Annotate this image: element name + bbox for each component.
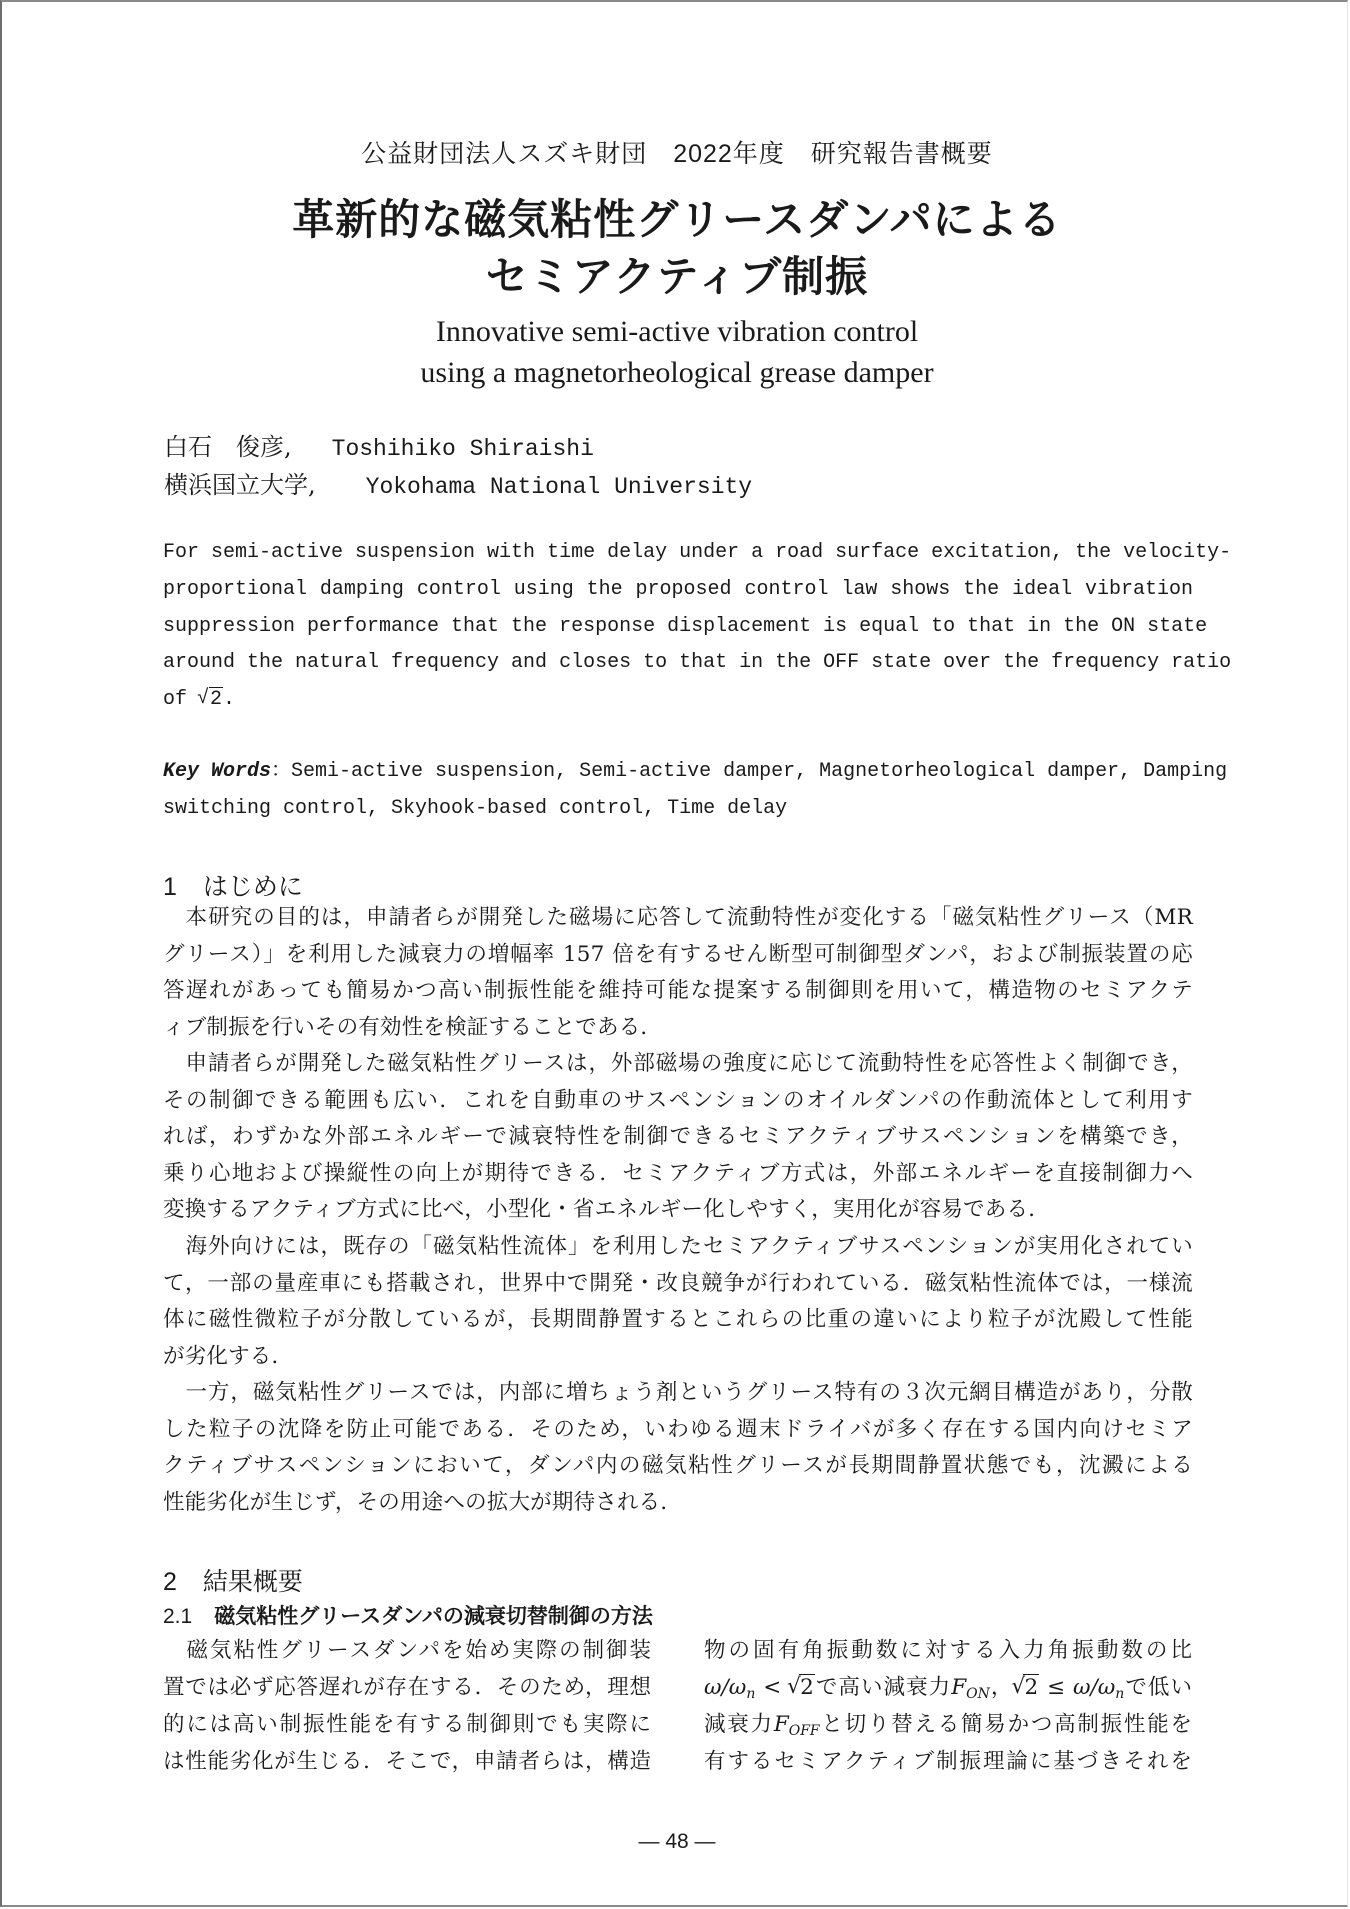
math-subscript: n xyxy=(1115,1686,1124,1702)
section-heading-1: 1はじめに xyxy=(163,867,303,903)
title-japanese-line-1: 革新的な磁気粘性グリースダンパによる xyxy=(2,187,1350,247)
paragraph-line: れば，わずかな外部エネルギーで減衰特性を制御できるセミアクティブサスペンションを… xyxy=(163,1119,1193,1156)
keywords-label: Key Words xyxy=(163,760,271,783)
column-text: 減衰力 xyxy=(704,1712,774,1737)
section-number: 2 xyxy=(163,1568,177,1596)
math-force: F xyxy=(951,1675,966,1700)
affiliation-line: 横浜国立大学, Yokohama National University xyxy=(164,465,752,500)
column-text: ， xyxy=(990,1675,1014,1700)
subsection-title: 磁気粘性グリースダンパの減衰切替制御の方法 xyxy=(214,1605,653,1628)
paragraph: 海外向けには，既存の「磁気粘性流体」を利用したセミアクティブサスペンションが実用… xyxy=(163,1229,1193,1375)
paragraph-line: 性能劣化が生じず，その用途への拡大が期待される． xyxy=(163,1485,1193,1522)
column-text: で低い xyxy=(1124,1675,1192,1700)
paragraph-line: 変換するアクティブ方式に比べ，小型化・省エネルギー化しやすく，実用化が容易である… xyxy=(163,1192,1193,1229)
report-header: 公益財団法人スズキ財団 2022年度 研究報告書概要 xyxy=(2,134,1350,170)
section-title: はじめに xyxy=(203,873,303,901)
subsection-number: 2.1 xyxy=(163,1605,192,1628)
column-line: 物の固有角振動数に対する入力角振動数の比 xyxy=(704,1632,1192,1669)
math-subscript: ON xyxy=(966,1686,990,1702)
paragraph-line: 申請者らが開発した磁気粘性グリースは，外部磁場の強度に応じて流動特性を応答性よく… xyxy=(163,1046,1193,1083)
keywords-line: Key Words：Semi-active suspension, Semi-a… xyxy=(163,754,1193,791)
paragraph: 本研究の目的は，申請者らが開発した磁場に応答して流動特性が変化する「磁気粘性グリ… xyxy=(163,900,1193,1046)
paragraph-line: が劣化する． xyxy=(163,1339,1193,1376)
sqrt-value: 2 xyxy=(209,687,223,711)
column-line: 磁気粘性グリースダンパを始め実際の制御装 xyxy=(163,1632,651,1669)
paragraph-line: 答遅れがあっても簡易かつ高い制振性能を維持可能な提案する制御則を用いて，構造物の… xyxy=(163,973,1193,1010)
paragraph-line: した粒子の沈降を防止可能である．そのため，いわゆる週末ドライバが多く存在する国内… xyxy=(163,1412,1193,1449)
paragraph-line: 海外向けには，既存の「磁気粘性流体」を利用したセミアクティブサスペンションが実用… xyxy=(163,1229,1193,1266)
column-line-math: ω/ωn < 2で高い減衰力FON，2 ≤ ω/ωnで低い xyxy=(704,1669,1192,1706)
paragraph-line: ィブ制振を行いその有効性を検証することである． xyxy=(163,1010,1193,1047)
math-ratio: ω/ω xyxy=(704,1675,746,1700)
math-subscript: OFF xyxy=(789,1723,820,1739)
section-heading-2: 2結果概要 xyxy=(163,1562,303,1598)
keywords: Key Words：Semi-active suspension, Semi-a… xyxy=(163,754,1193,827)
paragraph-line: 一方，磁気粘性グリースでは，内部に増ちょう剤というグリース特有の３次元網目構造が… xyxy=(163,1375,1193,1412)
math-operator: < xyxy=(755,1675,789,1700)
paragraph-line: て，一部の量産車にも搭載され，世界中で開発・改良競争が行われている．磁気粘性流体… xyxy=(163,1266,1193,1303)
math-operator: ≤ xyxy=(1039,1675,1073,1700)
paragraph-line: その制御できる範囲も広い．これを自動車のサスペンションのオイルダンパの作動流体と… xyxy=(163,1083,1193,1120)
paragraph-line: 本研究の目的は，申請者らが開発した磁場に応答して流動特性が変化する「磁気粘性グリ… xyxy=(163,900,1193,937)
sqrt-symbol: 2 xyxy=(199,682,223,719)
section-title: 結果概要 xyxy=(203,1568,303,1596)
column-line: 有するセミアクティブ制振理論に基づきそれを xyxy=(704,1743,1192,1780)
column-text: で高い減衰力 xyxy=(815,1675,951,1700)
abstract-line: proportional damping control using the p… xyxy=(163,572,1193,609)
sqrt-value: 2 xyxy=(1023,1674,1039,1700)
right-column: 物の固有角振動数に対する入力角振動数の比 ω/ωn < 2で高い減衰力FON，2… xyxy=(704,1632,1192,1780)
abstract-line: around the natural frequency and closes … xyxy=(163,645,1193,682)
math-subscript: n xyxy=(746,1686,755,1702)
title-japanese-line-2: セミアクティブ制振 xyxy=(2,244,1350,304)
affiliation-name-ja: 横浜国立大学, xyxy=(164,471,316,499)
abstract: For semi-active suspension with time del… xyxy=(163,535,1193,719)
section-number: 1 xyxy=(163,873,177,901)
paragraph-line: 乗り心地および操縦性の向上が期待できる．セミアクティブ方式は，外部エネルギーを直… xyxy=(163,1156,1193,1193)
left-column: 磁気粘性グリースダンパを始め実際の制御装 置では必ず応答遅れが存在する．そのため… xyxy=(163,1632,651,1780)
paragraph-line: グリース）」を利用した減衰力の増幅率 157 倍を有するせん断型可制御型ダンパ，… xyxy=(163,937,1193,974)
paragraph-line: 体に磁性微粒子が分散しているが，長期間静置するとこれらの比重の違いにより粒子が沈… xyxy=(163,1302,1193,1339)
subsection-heading-2-1: 2.1磁気粘性グリースダンパの減衰切替制御の方法 xyxy=(163,1600,653,1630)
paragraph: 申請者らが開発した磁気粘性グリースは，外部磁場の強度に応じて流動特性を応答性よく… xyxy=(163,1046,1193,1229)
title-english-line-1: Innovative semi-active vibration control xyxy=(2,315,1350,349)
title-english-line-2: using a magnetorheological grease damper xyxy=(2,356,1350,390)
math-force: F xyxy=(774,1712,789,1737)
abstract-line: of 2. xyxy=(163,682,1193,719)
page-number: ― 48 ― xyxy=(2,1830,1350,1854)
paragraph-line: クティブサスペンションにおいて，ダンパ内の磁気粘性グリースが長期間静置状態でも，… xyxy=(163,1448,1193,1485)
author-name-en: Toshihiko Shiraishi xyxy=(332,436,594,462)
column-line: 的には高い制振性能を有する制御則でも実際に xyxy=(163,1706,651,1743)
abstract-line: suppression performance that the respons… xyxy=(163,609,1193,646)
column-line-math: 減衰力FOFFと切り替える簡易かつ高制振性能を xyxy=(704,1706,1192,1743)
paragraph: 一方，磁気粘性グリースでは，内部に増ちょう剤というグリース特有の３次元網目構造が… xyxy=(163,1375,1193,1521)
column-line: 置では必ず応答遅れが存在する．そのため，理想 xyxy=(163,1669,651,1706)
abstract-text: of xyxy=(163,688,199,711)
affiliation-name-en: Yokohama National University xyxy=(366,474,752,500)
math-ratio: ω/ω xyxy=(1073,1675,1115,1700)
column-text: と切り替える簡易かつ高制振性能を xyxy=(820,1712,1192,1737)
abstract-line: For semi-active suspension with time del… xyxy=(163,535,1193,572)
column-line: は性能劣化が生じる．そこで，申請者らは，構造 xyxy=(163,1743,651,1780)
document-page: 公益財団法人スズキ財団 2022年度 研究報告書概要 革新的な磁気粘性グリースダ… xyxy=(0,0,1348,1907)
keywords-text: Semi-active suspension, Semi-active damp… xyxy=(291,760,1227,783)
sqrt-value: 2 xyxy=(799,1674,815,1700)
author-name-ja: 白石 俊彦, xyxy=(164,433,292,461)
sqrt-symbol: 2 xyxy=(789,1669,815,1706)
abstract-text: . xyxy=(223,688,235,711)
keywords-separator: ： xyxy=(271,760,291,783)
author-line: 白石 俊彦, Toshihiko Shiraishi xyxy=(164,427,594,462)
sqrt-symbol: 2 xyxy=(1013,1669,1039,1706)
keywords-line: switching control, Skyhook-based control… xyxy=(163,791,1193,828)
